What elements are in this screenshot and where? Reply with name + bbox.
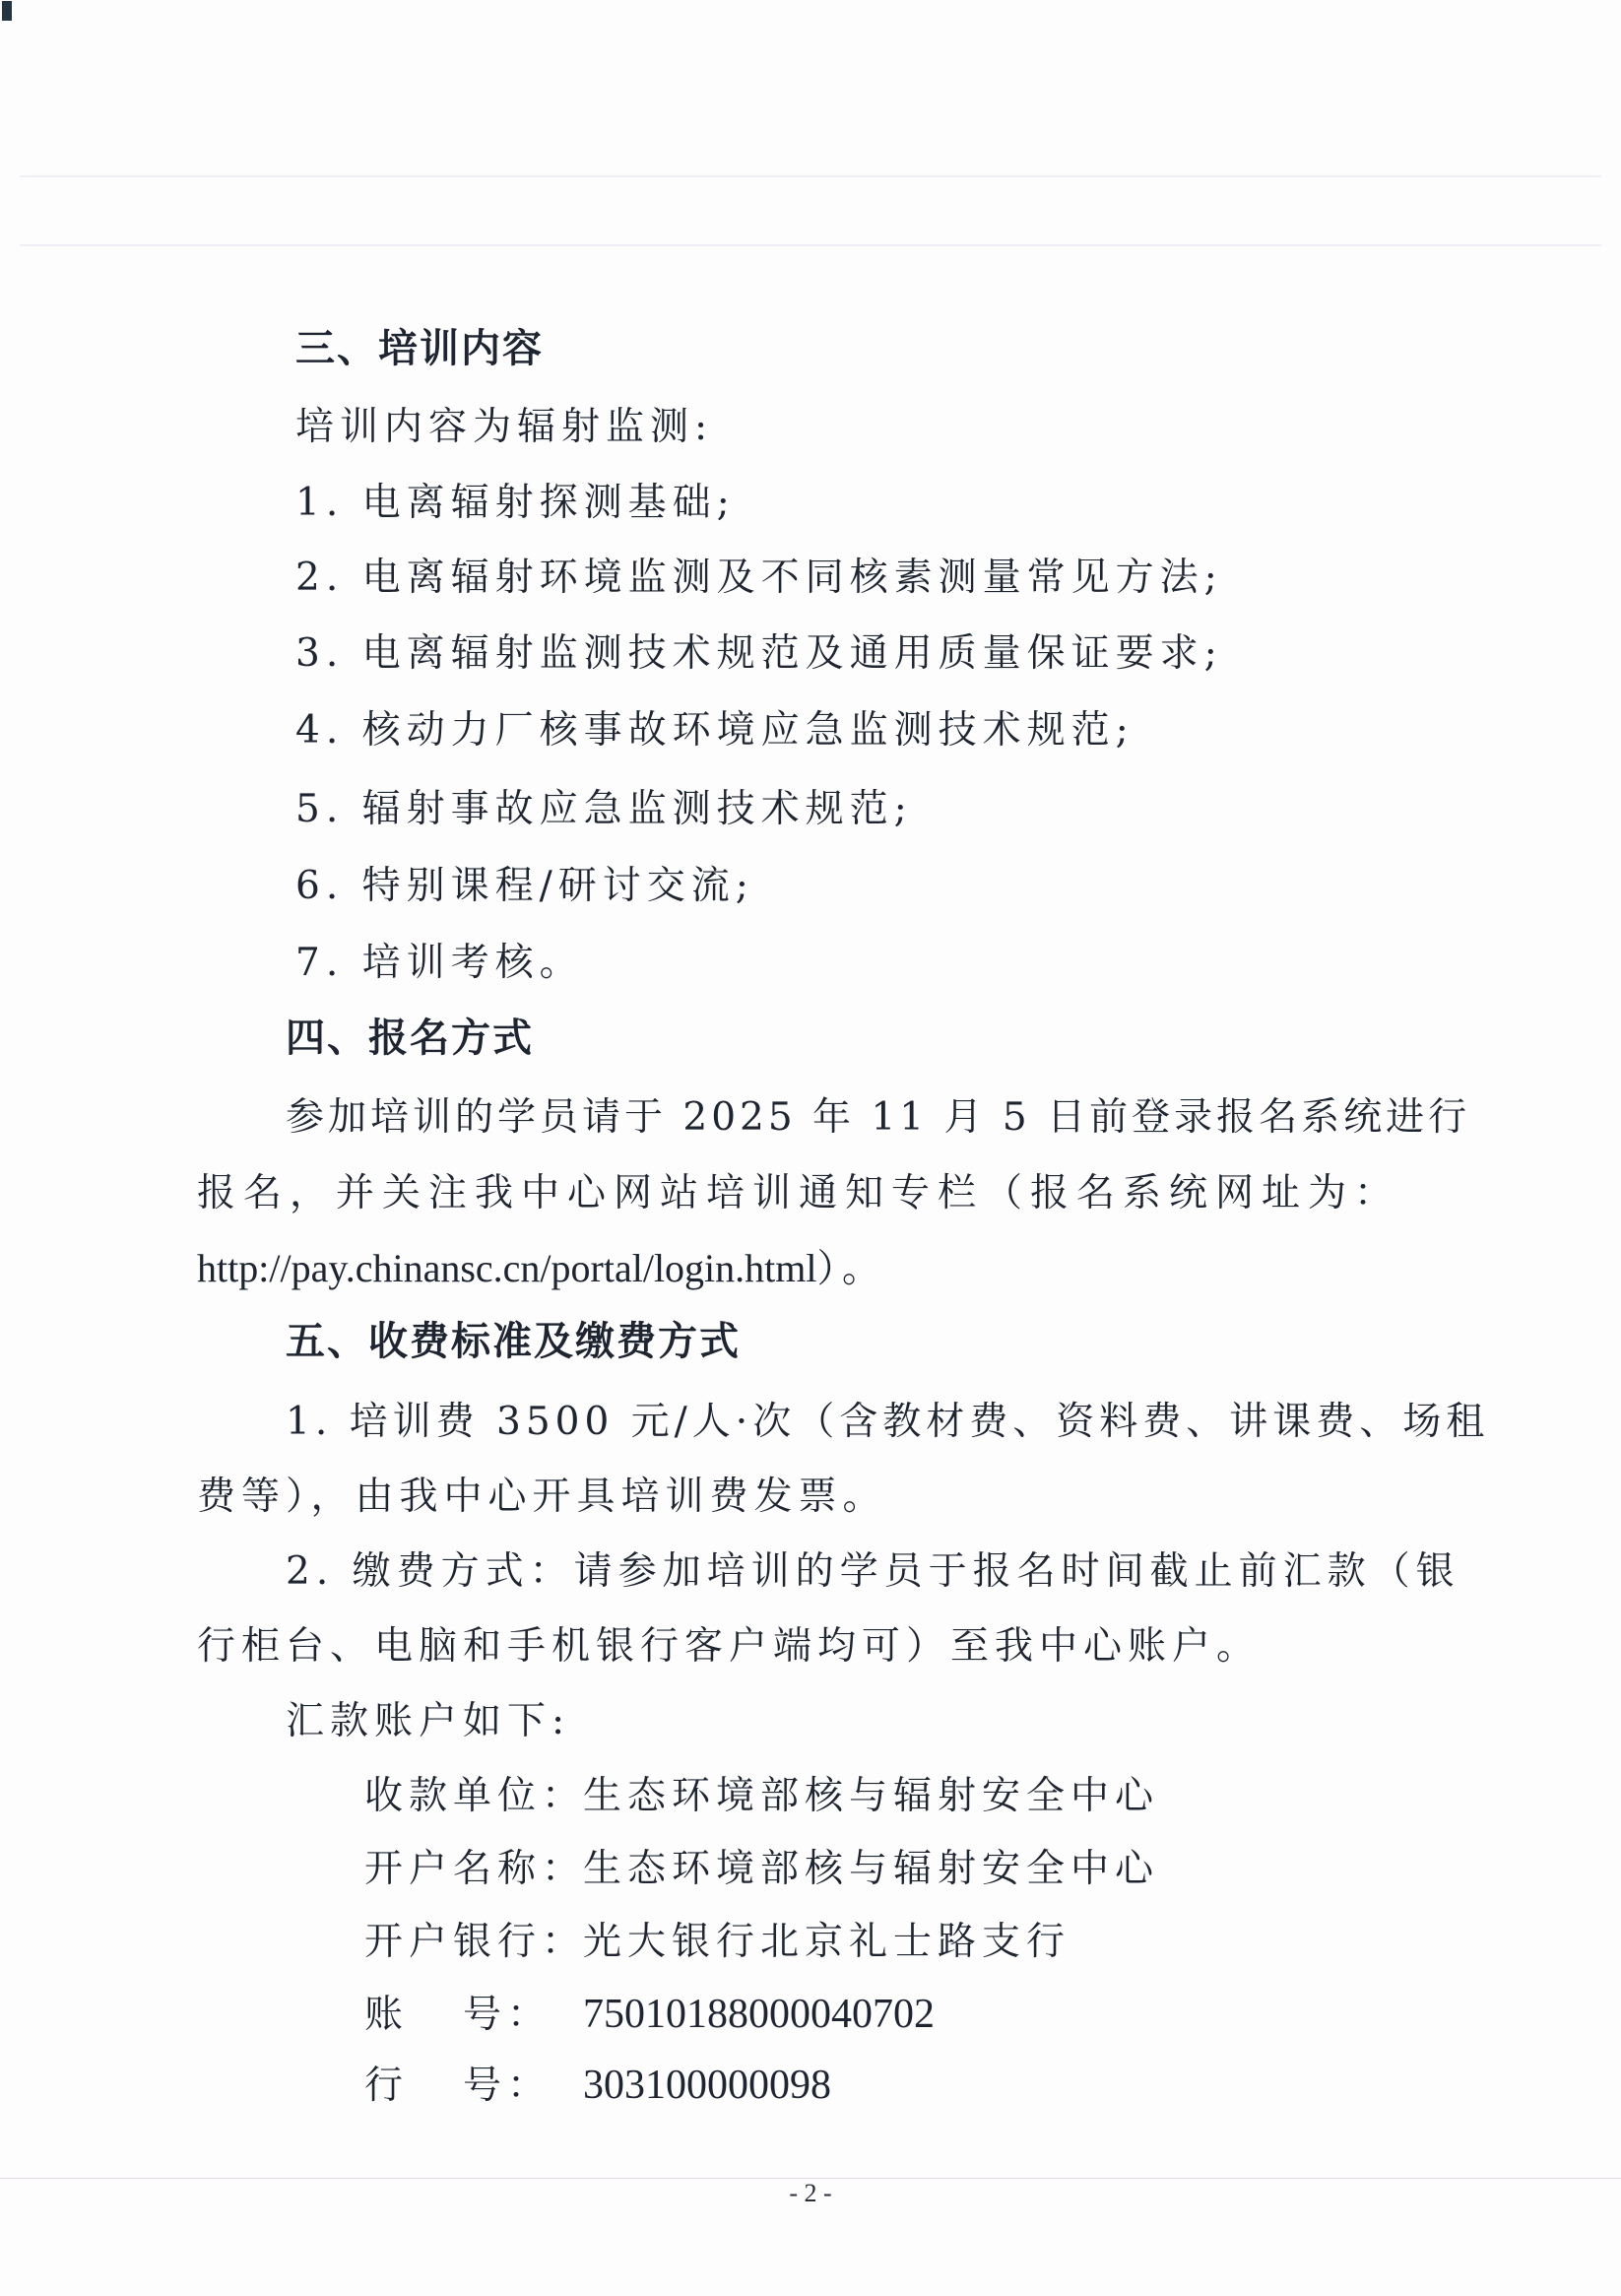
fee-paragraph-line: 费等），由我中心开具培训费发票。	[197, 1477, 887, 1516]
list-item: 5. 辐射事故应急监测技术规范;	[295, 790, 913, 828]
page-number: - 2 -	[0, 2179, 1621, 2208]
registration-paragraph-line: 参加培训的学员请于 2025 年 11 月 5 日前登录报名系统进行	[286, 1098, 1470, 1137]
account-number-value: 75010188000040702	[583, 1992, 935, 2037]
payee-label: 收款单位：	[364, 1777, 583, 1815]
section-heading-fees: 五、收费标准及缴费方式	[286, 1322, 741, 1361]
account-name-label: 开户名称：	[364, 1850, 583, 1888]
list-item: 6. 特别课程/研讨交流;	[295, 867, 754, 905]
list-item: 2. 电离辐射环境监测及不同核素测量常见方法;	[295, 558, 1223, 597]
account-row-payee: 收款单位：生态环境部核与辐射安全中心	[364, 1777, 1159, 1815]
section-heading-registration: 四、报名方式	[286, 1018, 534, 1058]
list-item: 7. 培训考核。	[295, 944, 584, 982]
account-number-label: 账号：	[364, 1996, 551, 2034]
payment-paragraph-line: 2. 缴费方式：请参加培训的学员于报名时间截止前汇款（银	[286, 1552, 1460, 1591]
bank-number-value: 303100000098	[583, 2063, 831, 2108]
account-row-bank-number: 行号：303100000098	[364, 2065, 831, 2106]
payee-value: 生态环境部核与辐射安全中心	[583, 1774, 1159, 1818]
training-content-intro: 培训内容为辐射监测:	[295, 408, 713, 446]
account-row-bank: 开户银行：光大银行北京礼士路支行	[364, 1923, 1070, 1961]
list-item: 4. 核动力厂核事故环境应急监测技术规范;	[295, 711, 1135, 750]
account-row-account-name: 开户名称：生态环境部核与辐射安全中心	[364, 1850, 1159, 1888]
bleed-through-line	[20, 175, 1601, 177]
account-name-value: 生态环境部核与辐射安全中心	[583, 1847, 1159, 1891]
list-item: 3. 电离辐射监测技术规范及通用质量保证要求;	[295, 634, 1223, 673]
account-row-account-number: 账号：75010188000040702	[364, 1994, 935, 2035]
paragraph-tail: ）。	[817, 1247, 887, 1291]
bleed-through-line	[20, 244, 1601, 246]
registration-paragraph-line: http://pay.chinansc.cn/portal/login.html…	[197, 1249, 886, 1288]
fee-paragraph-line: 1. 培训费 3500 元/人·次（含教材费、资料费、讲课费、场租	[286, 1403, 1489, 1441]
account-intro: 汇款账户如下:	[286, 1702, 570, 1740]
registration-url-link[interactable]: http://pay.chinansc.cn/portal/login.html	[197, 1246, 817, 1290]
bank-number-label: 行号：	[364, 2066, 551, 2105]
section-heading-training-content: 三、培训内容	[295, 329, 544, 368]
bank-value: 光大银行北京礼士路支行	[583, 1920, 1070, 1964]
registration-paragraph-line: 报名，并关注我中心网站培训通知专栏（报名系统网址为：	[197, 1174, 1400, 1213]
bank-label: 开户银行：	[364, 1923, 583, 1961]
payment-paragraph-line: 行柜台、电脑和手机银行客户端均可）至我中心账户。	[197, 1627, 1261, 1666]
scan-edge-mark	[2, 1, 12, 21]
list-item: 1. 电离辐射探测基础;	[295, 484, 736, 522]
